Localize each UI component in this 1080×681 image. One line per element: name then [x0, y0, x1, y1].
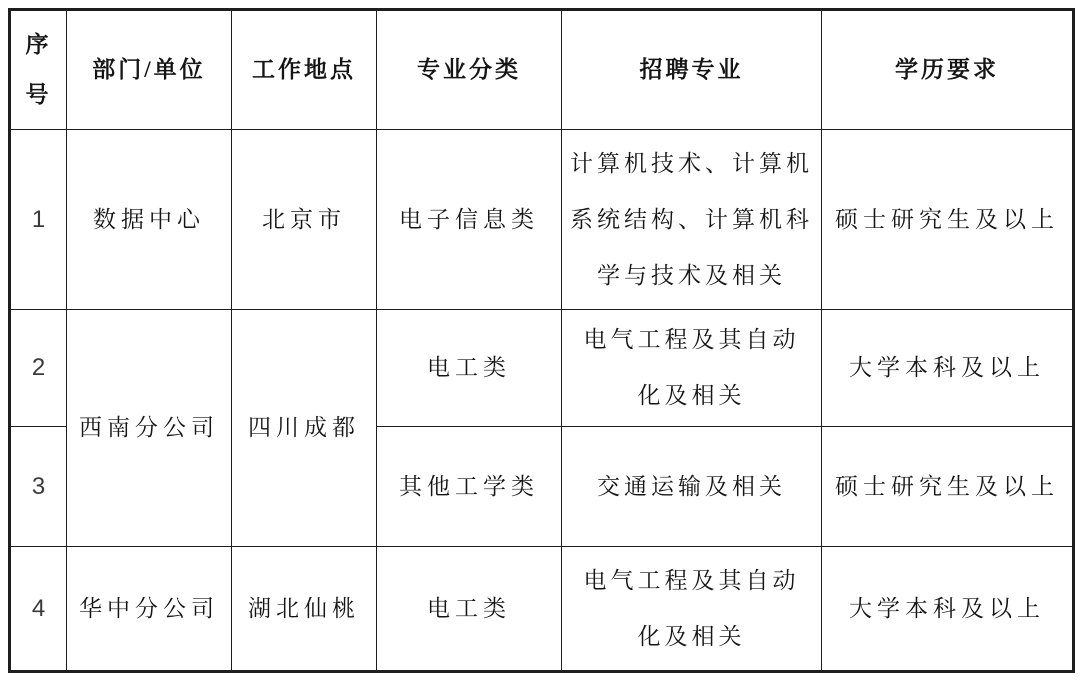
- table-row: 2 西南分公司 四川成都 电工类 电气工程及其自动 化及相关 大学本科及以上: [10, 310, 1074, 427]
- cell-education: 大学本科及以上: [822, 310, 1074, 427]
- recruitment-table: 序号 部门/单位 工作地点 专业分类 招聘专业 学历要求 1 数据中心 北京市 …: [8, 8, 1075, 673]
- header-cell-major: 招聘专业: [562, 10, 822, 130]
- document-page: 序号 部门/单位 工作地点 专业分类 招聘专业 学历要求 1 数据中心 北京市 …: [0, 0, 1080, 681]
- cell-seq: 3: [10, 427, 67, 547]
- header-cell-education: 学历要求: [822, 10, 1074, 130]
- header-cell-location: 工作地点: [232, 10, 377, 130]
- header-cell-dept: 部门/单位: [67, 10, 232, 130]
- cell-major: 交通运输及相关: [562, 427, 822, 547]
- header-cell-category: 专业分类: [377, 10, 562, 130]
- cell-location: 湖北仙桃: [232, 547, 377, 672]
- header-row: 序号 部门/单位 工作地点 专业分类 招聘专业 学历要求: [10, 10, 1074, 130]
- cell-seq: 1: [10, 130, 67, 310]
- cell-education: 大学本科及以上: [822, 547, 1074, 672]
- cell-education: 硕士研究生及以上: [822, 427, 1074, 547]
- cell-seq: 2: [10, 310, 67, 427]
- cell-category: 电子信息类: [377, 130, 562, 310]
- cell-dept-merged: 西南分公司: [67, 310, 232, 547]
- table-row: 4 华中分公司 湖北仙桃 电工类 电气工程及其自动 化及相关 大学本科及以上: [10, 547, 1074, 672]
- cell-major: 电气工程及其自动 化及相关: [562, 547, 822, 672]
- cell-category: 电工类: [377, 547, 562, 672]
- cell-seq: 4: [10, 547, 67, 672]
- cell-dept: 华中分公司: [67, 547, 232, 672]
- cell-dept: 数据中心: [67, 130, 232, 310]
- cell-major: 电气工程及其自动 化及相关: [562, 310, 822, 427]
- cell-location: 北京市: [232, 130, 377, 310]
- cell-category: 其他工学类: [377, 427, 562, 547]
- cell-education: 硕士研究生及以上: [822, 130, 1074, 310]
- cell-category: 电工类: [377, 310, 562, 427]
- table-row: 1 数据中心 北京市 电子信息类 计算机技术、计算机 系统结构、计算机科 学与技…: [10, 130, 1074, 310]
- header-cell-seq: 序号: [10, 10, 67, 130]
- cell-major: 计算机技术、计算机 系统结构、计算机科 学与技术及相关: [562, 130, 822, 310]
- cell-location-merged: 四川成都: [232, 310, 377, 547]
